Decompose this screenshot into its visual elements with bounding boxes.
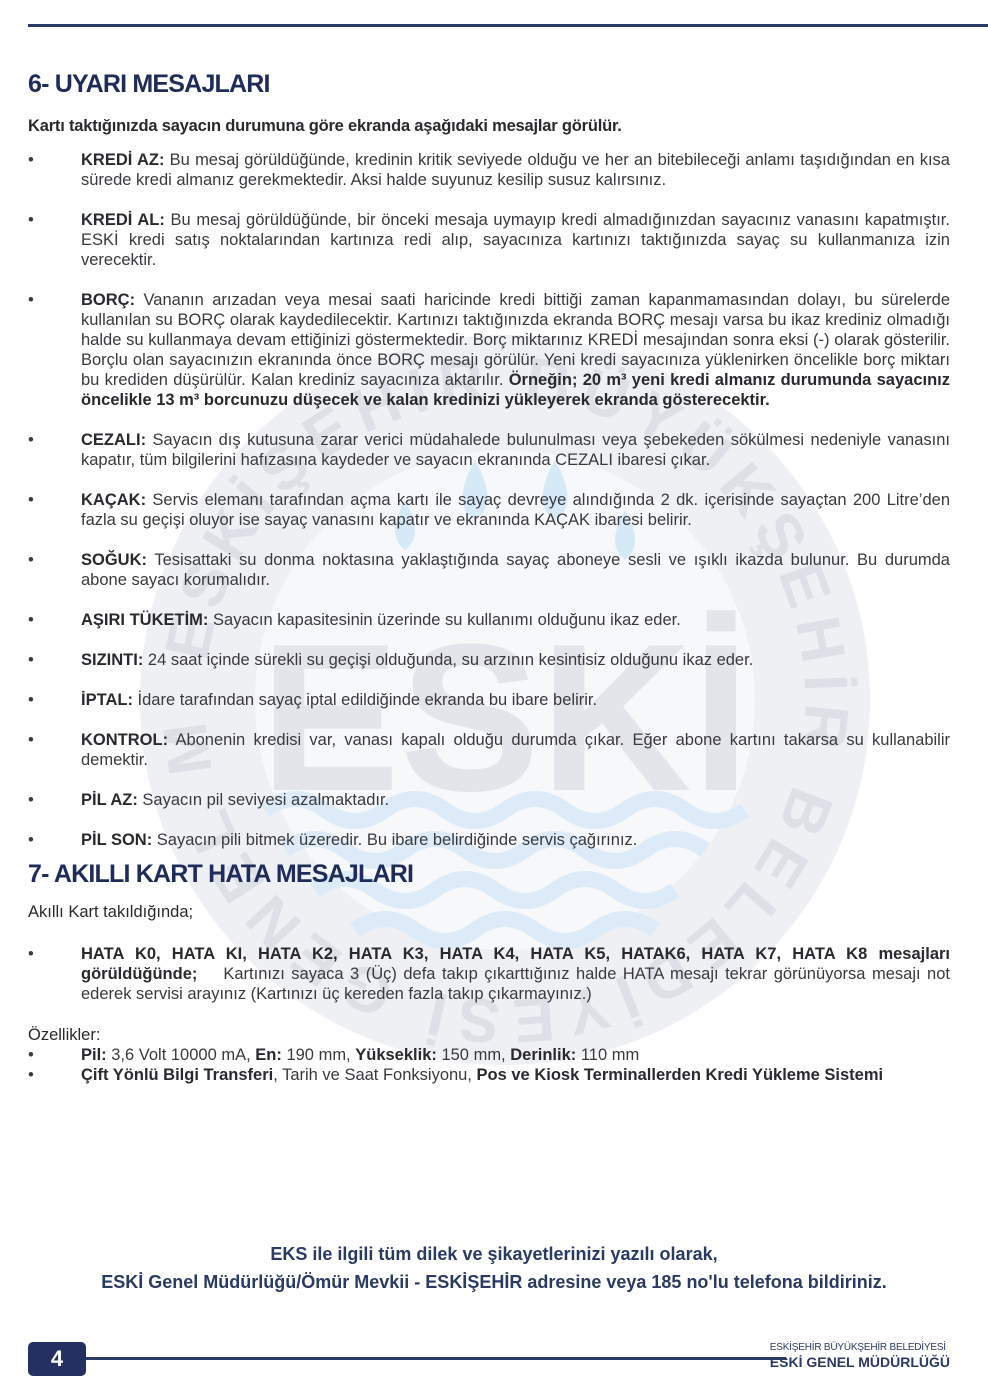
warning-messages-list: KREDİ AZ: Bu mesaj görüldüğünde, kredini… [28, 150, 950, 850]
message-label: KAÇAK: [81, 491, 146, 509]
feature-label: Derinlik: [510, 1046, 576, 1064]
section-7-intro: Akıllı Kart takıldığında; [28, 903, 950, 922]
footer-brand: ESKİŞEHİR BÜYÜKŞEHİR BELEDİYESİ ESKİ GEN… [770, 1342, 950, 1370]
message-description: 24 saat içinde sürekli su geçişi olduğun… [143, 651, 753, 669]
notice-line-2: ESKİ Genel Müdürlüğü/Ömür Mevkii - ESKİŞ… [0, 1268, 988, 1296]
message-label: CEZALI: [81, 431, 146, 449]
message-label: BORÇ: [81, 291, 135, 309]
list-item: SIZINTI: 24 saat içinde sürekli su geçiş… [28, 650, 950, 670]
notice-line-1: EKS ile ilgili tüm dilek ve şikayetlerin… [0, 1240, 988, 1268]
message-label: İPTAL: [81, 691, 133, 709]
page-footer: 4 ESKİŞEHİR BÜYÜKŞEHİR BELEDİYESİ ESKİ G… [28, 1342, 950, 1378]
section-6-intro: Kartı taktığınızda sayacın durumuna göre… [28, 117, 950, 136]
section-7-title: 7- AKILLI KART HATA MESAJLARI [28, 860, 950, 889]
message-description: Sayacın dış kutusuna zarar verici müdaha… [81, 431, 950, 469]
list-item: KREDİ AL: Bu mesaj görüldüğünde, bir önc… [28, 210, 950, 270]
brand-line-1: ESKİŞEHİR BÜYÜKŞEHİR BELEDİYESİ [770, 1342, 950, 1354]
feature-label: Pos ve Kiosk Terminallerden Kredi Yüklem… [477, 1066, 884, 1084]
message-label: KREDİ AZ: [81, 151, 164, 169]
message-description: Sayacın pil seviyesi azalmaktadır. [138, 791, 389, 809]
message-label: KREDİ AL: [81, 211, 165, 229]
list-item: PİL SON: Sayacın pili bitmek üzeredir. B… [28, 830, 950, 850]
message-description: Abonenin kredisi var, vanası kapalı oldu… [81, 731, 950, 769]
message-label: PİL SON: [81, 831, 152, 849]
feature-label: Pil: [81, 1046, 107, 1064]
page-number: 4 [28, 1342, 86, 1376]
feature-value: 190 mm, [282, 1046, 355, 1064]
message-description: İdare tarafından sayaç iptal edildiğinde… [133, 691, 597, 709]
message-label: KONTROL: [81, 731, 168, 749]
list-item: KAÇAK: Servis elemanı tarafından açma ka… [28, 490, 950, 530]
list-item: KONTROL: Abonenin kredisi var, vanası ka… [28, 730, 950, 770]
list-item: BORÇ: Vananın arızadan veya mesai saati … [28, 290, 950, 410]
message-description: Sayacın kapasitesinin üzerinde su kullan… [208, 611, 680, 629]
list-item: KREDİ AZ: Bu mesaj görüldüğünde, kredini… [28, 150, 950, 190]
features-title: Özellikler: [28, 1026, 950, 1045]
message-label: PİL AZ: [81, 791, 138, 809]
error-instructions: Kartınızı sayaca 3 (Üç) defa takıp çıkar… [81, 965, 955, 1003]
feature-value: 110 mm [576, 1046, 639, 1064]
page-content: 6- UYARI MESAJLARI Kartı taktığınızda sa… [28, 70, 950, 1085]
list-item: Pil: 3,6 Volt 10000 mA, En: 190 mm, Yüks… [28, 1045, 950, 1065]
message-description: Servis elemanı tarafından açma kartı ile… [81, 491, 950, 529]
feature-label: En: [255, 1046, 282, 1064]
contact-notice: EKS ile ilgili tüm dilek ve şikayetlerin… [0, 1240, 988, 1296]
feature-value: , Tarih ve Saat Fonksiyonu, [273, 1066, 476, 1084]
message-description: Tesisattaki su donma noktasına yaklaştığ… [81, 551, 950, 589]
list-item: AŞIRI TÜKETİM: Sayacın kapasitesinin üze… [28, 610, 950, 630]
error-messages-list: HATA K0, HATA KI, HATA K2, HATA K3, HATA… [28, 944, 950, 1004]
feature-label: Çift Yönlü Bilgi Transferi [81, 1066, 273, 1084]
list-item: HATA K0, HATA KI, HATA K2, HATA K3, HATA… [28, 944, 950, 1004]
message-label: SOĞUK: [81, 551, 147, 569]
message-label: SIZINTI: [81, 651, 143, 669]
message-description: Sayacın pili bitmek üzeredir. Bu ibare b… [152, 831, 637, 849]
header-rule [28, 24, 988, 27]
section-6-title: 6- UYARI MESAJLARI [28, 70, 950, 99]
feature-value: 150 mm, [437, 1046, 510, 1064]
features-list: Pil: 3,6 Volt 10000 mA, En: 190 mm, Yüks… [28, 1045, 950, 1085]
list-item: SOĞUK: Tesisattaki su donma noktasına ya… [28, 550, 950, 590]
list-item: Çift Yönlü Bilgi Transferi, Tarih ve Saa… [28, 1065, 950, 1085]
list-item: PİL AZ: Sayacın pil seviyesi azalmaktadı… [28, 790, 950, 810]
list-item: CEZALI: Sayacın dış kutusuna zarar veric… [28, 430, 950, 470]
message-label: AŞIRI TÜKETİM: [81, 611, 208, 629]
message-description: Bu mesaj görüldüğünde, bir önceki mesaja… [81, 211, 950, 269]
footer-rule [86, 1357, 786, 1360]
feature-value: 3,6 Volt 10000 mA, [107, 1046, 256, 1064]
brand-line-2: ESKİ GENEL MÜDÜRLÜĞÜ [770, 1354, 950, 1370]
feature-label: Yükseklik: [355, 1046, 437, 1064]
list-item: İPTAL: İdare tarafından sayaç iptal edil… [28, 690, 950, 710]
message-description: Bu mesaj görüldüğünde, kredinin kritik s… [81, 151, 950, 189]
